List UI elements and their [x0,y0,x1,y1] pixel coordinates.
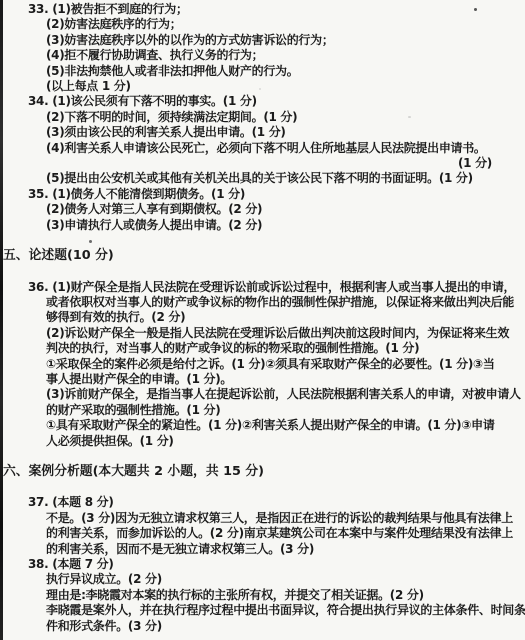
answer-line: (4)拒不履行协助调查、执行义务的行为； [0,48,525,63]
answer-line: (以上每点 1 分) [0,79,525,94]
answer-line: (3)妨害法庭秩序以外的以作为的方式妨害诉讼的行为； [0,33,525,48]
answer-line: 不是。(3 分)因为无独立请求权第三人，是指因正在进行的诉讼的裁判结果与他具有法… [0,511,525,526]
answer-line: (2)诉讼财产保全一般是指人民法院在受理诉讼后做出判决前这段时间内，为保证将来生… [0,326,525,341]
answer-line: ①采取保全的案件必须是给付之诉。(1 分)②须具有采取财产保全的必要性。(1 分… [0,357,525,372]
answer-line: (4)利害关系人申请该公民死亡，必须向下落不明人住所地基层人民法院提出申请书。 [0,141,525,156]
answer-line: (5)非法拘禁他人或者非法扣押他人财产的行为。 [0,64,525,79]
answer-line: 判决的执行，对当事人的财产或争议的标的物采取的强制性措施。(1 分) [0,341,525,356]
section-heading: 六、案例分析题(本大题共 2 小题，共 15 分) [0,464,525,479]
answer-line: (2)下落不明的时间，须持续满法定期间。(1 分) [0,110,525,125]
scanned-document-page: 33. (1)被告拒不到庭的行为；(2)妨害法庭秩序的行为；(3)妨害法庭秩序以… [0,0,525,640]
answer-line: 或者依职权对当事人的财产或争议标的物作出的强制性保护措施，以保证将来做出判决后能 [0,295,525,310]
answer-line: (1 分) [0,156,525,171]
answer-line: (2)债务人对第三人享有到期债权。(2 分) [0,202,525,217]
answer-line: 执行异议成立。(2 分) [0,572,525,587]
answer-line: 的利害关系，而参加诉讼的人。(2 分)南京某建筑公司在本案中与案件处理结果没有法… [0,526,525,541]
answer-line: 36. (1)财产保全是指人民法院在受理诉讼前或诉讼过程中，根据利害人或当事人提… [0,280,525,295]
answer-line: 38. (本题 7 分) [0,557,525,572]
answer-line: 的财产采取的强制性措施。(1 分) [0,403,525,418]
answer-line: 的利害关系，因而不是无独立请求权第三人。(3 分) [0,542,525,557]
answer-line: 理由是:李晓霞对本案的执行标的主张所有权，并提交了相关证据。(2 分) [0,588,525,603]
answer-line: (3)申请执行人或债务人提出申请。(2 分) [0,218,525,233]
answer-line: 够得到有效的执行。(2 分) [0,310,525,325]
answer-line: 件和形式条件。(3 分) [0,619,525,634]
answer-line: (2)妨害法庭秩序的行为； [0,17,525,32]
answer-line: 34. (1)该公民须有下落不明的事实。(1 分) [0,94,525,109]
answer-line: 李晓霞是案外人，并在执行程序过程中提出书面异议，符合提出执行异议的主体条件、时间… [0,603,525,618]
section-heading: 五、论述题(10 分) [0,248,525,263]
answer-line: (3)诉前财产保全，是指当事人在提起诉讼前，人民法院根据利害关系人的申请，对被申… [0,387,525,402]
answer-line: (5)提出由公安机关或其他有关机关出具的关于该公民下落不明的书面证明。(1 分) [0,171,525,186]
answer-line: 33. (1)被告拒不到庭的行为； [0,2,525,17]
answer-line: 37. (本题 8 分) [0,495,525,510]
answer-line: 35. (1)债务人不能清偿到期债务。(1 分) [0,187,525,202]
answer-line: 事人提出财产保全的申请。(1 分)。 [0,372,525,387]
answer-line: ①具有采取财产保全的紧迫性。(1 分)②利害关系人提出财产保全的申请。(1 分)… [0,418,525,433]
answer-key-text: 33. (1)被告拒不到庭的行为；(2)妨害法庭秩序的行为；(3)妨害法庭秩序以… [0,2,525,634]
answer-line: (3)须由该公民的利害关系人提出申请。(1 分) [0,125,525,140]
answer-line: 人必须提供担保。(1 分) [0,434,525,449]
